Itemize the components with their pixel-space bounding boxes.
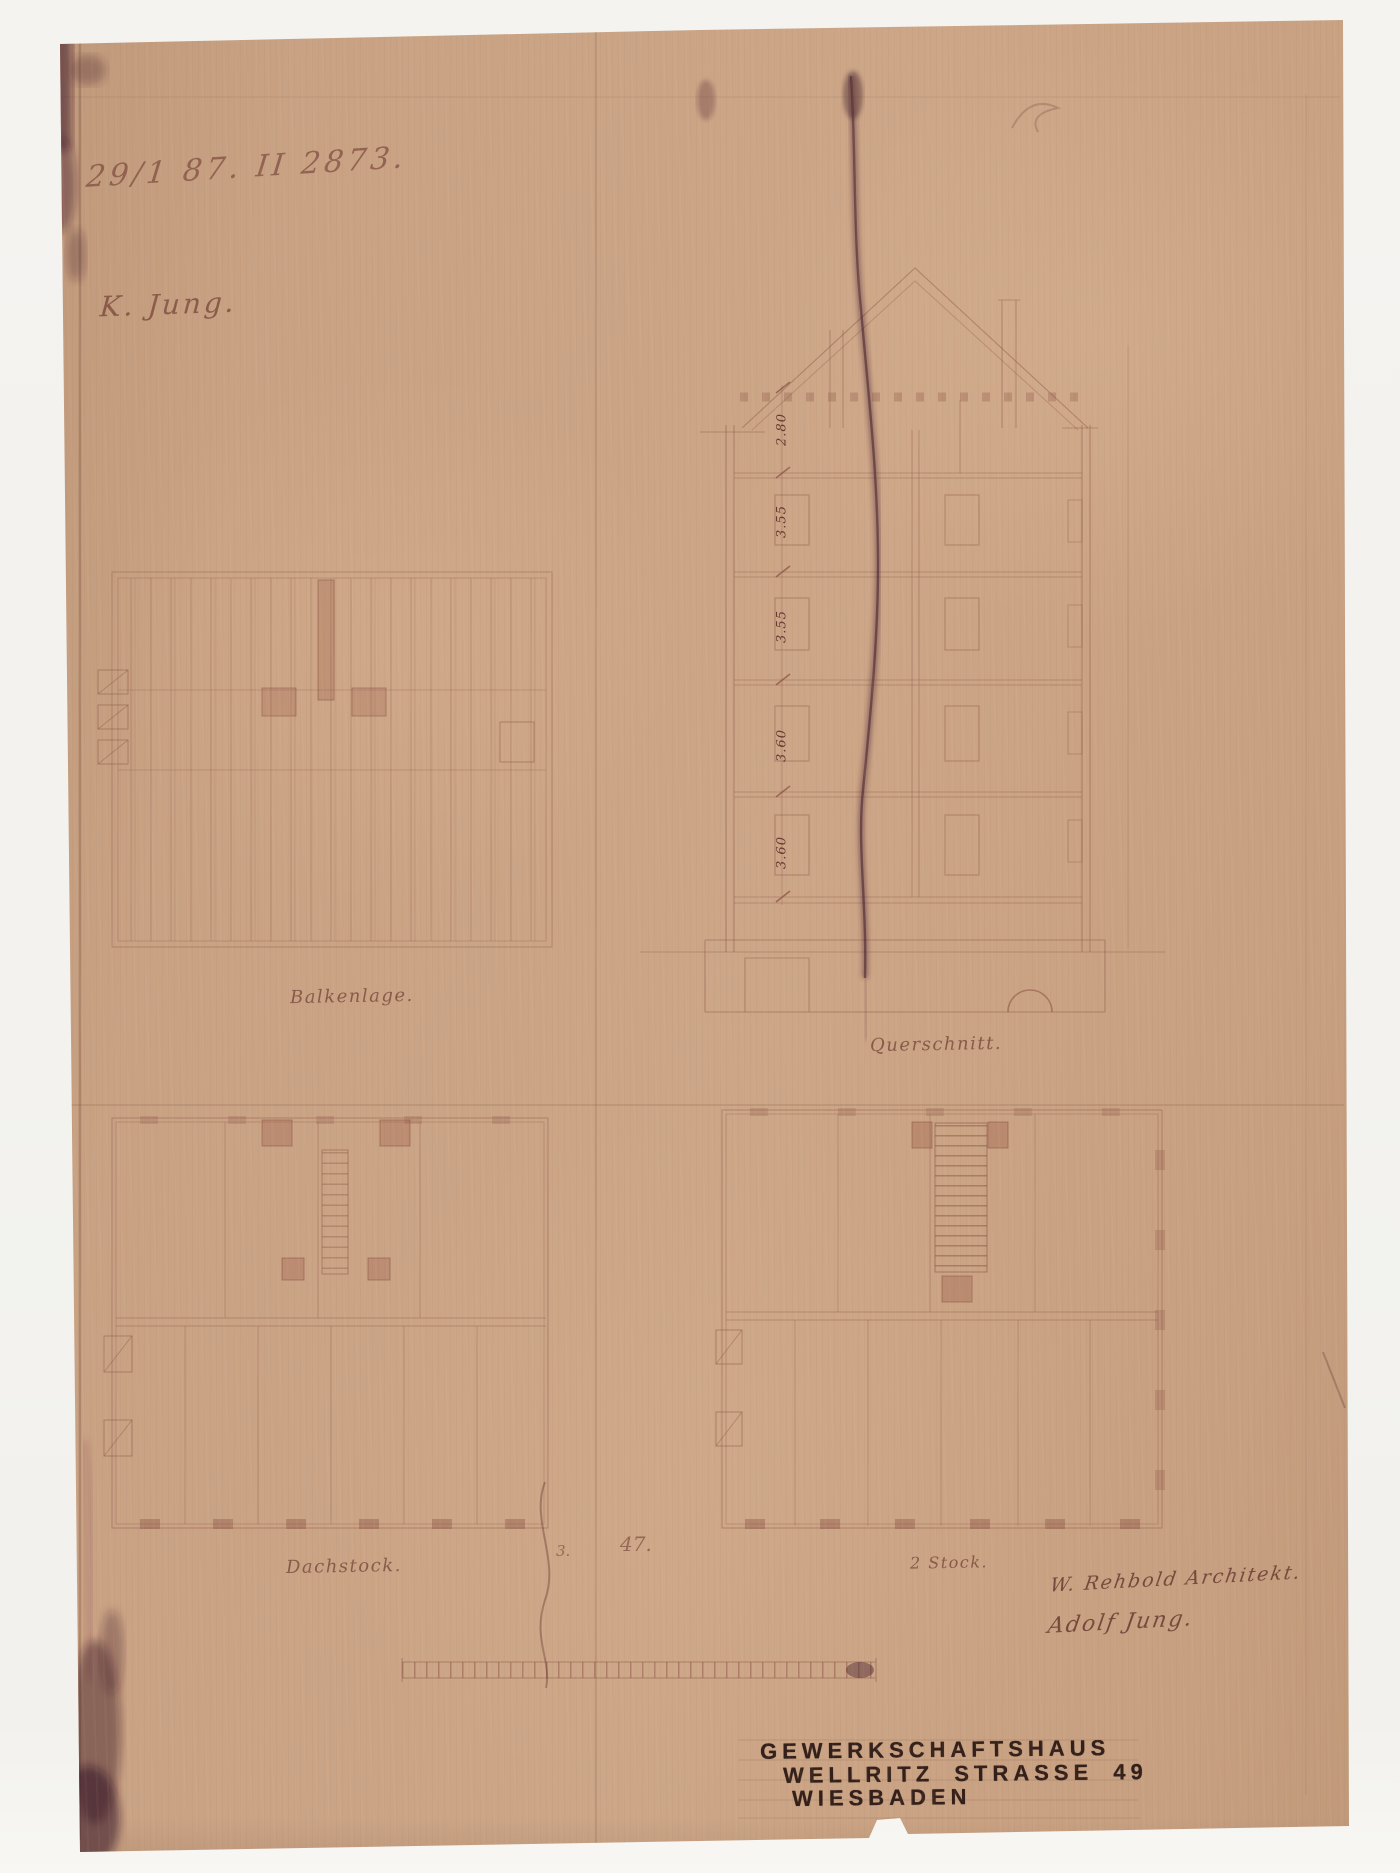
center-note: 47. — [620, 1532, 652, 1556]
dimension-label: 3.55 — [775, 605, 790, 649]
side-note: 3. — [556, 1542, 570, 1560]
dimension-label: 2.80 — [775, 408, 790, 452]
title-line-3: WIESBADEN — [792, 1784, 972, 1812]
caption-balkenlage: Balkenlage. — [290, 985, 414, 1008]
caption-dachstock: Dachstock. — [286, 1555, 402, 1578]
dimension-label: 3.60 — [775, 724, 790, 768]
querschnitt-section — [640, 268, 1165, 1012]
author-note: K. Jung. — [99, 286, 238, 324]
drawing-sheet: 29/1 87. II 2873. K. Jung. 2.80 3.55 3.5… — [0, 0, 1400, 1873]
caption-2-stock: 2 Stock. — [910, 1552, 988, 1572]
balkenlage-plan — [98, 572, 552, 947]
dimension-label: 3.55 — [775, 500, 790, 544]
dachstock-plan — [104, 1118, 548, 1528]
caption-querschnitt: Querschnitt. — [870, 1033, 1002, 1056]
drawing-linework — [0, 0, 1400, 1873]
scan-background: 29/1 87. II 2873. K. Jung. 2.80 3.55 3.5… — [0, 0, 1400, 1873]
scale-bar — [402, 1658, 876, 1682]
dimension-label: 3.60 — [775, 831, 790, 875]
stock2-plan — [716, 1110, 1162, 1528]
